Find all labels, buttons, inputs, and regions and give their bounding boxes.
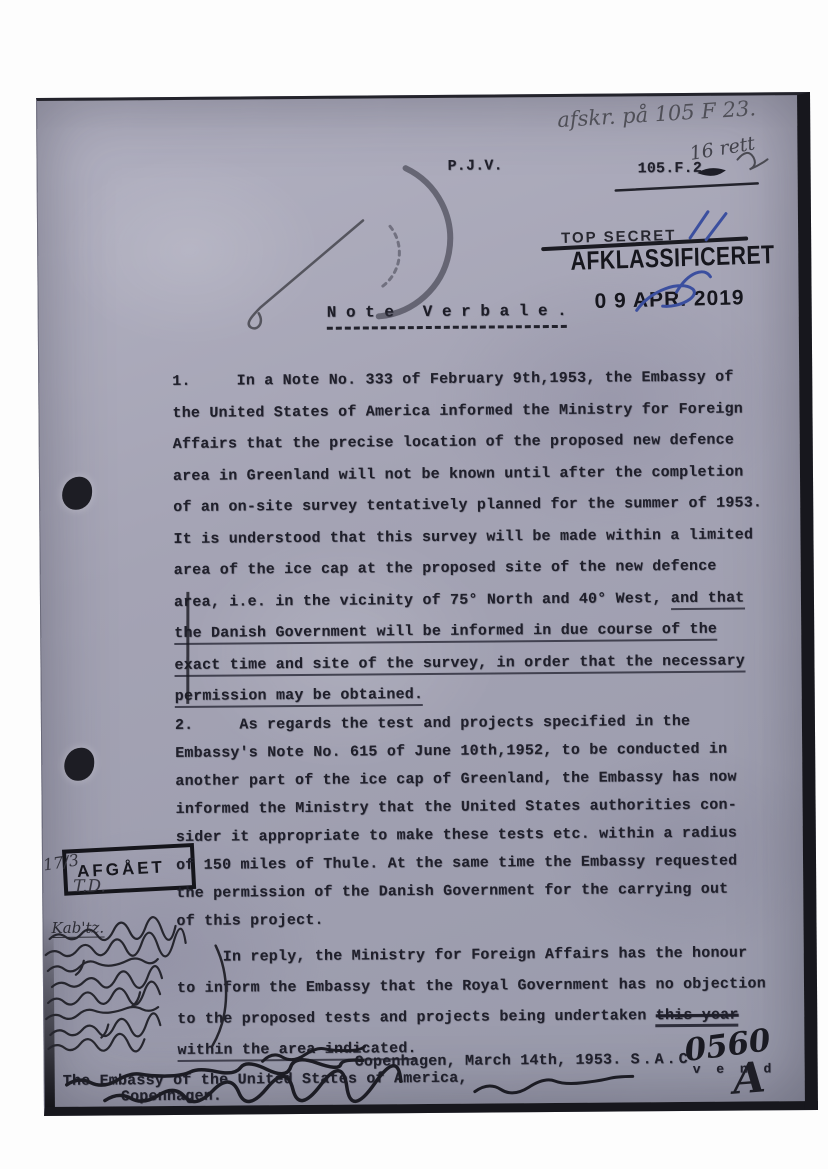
text-segment: area, i.e. in the vicinity of 75° North …: [174, 590, 671, 611]
declassified-date-stamp: 0 9 APR. 2019: [594, 286, 745, 314]
underlined-text: exact time and site of the survey, in or…: [174, 652, 745, 676]
text-line: the United States of America informed th…: [172, 393, 794, 429]
dispatched-dept-handwritten: T.D.: [73, 877, 106, 897]
declassified-stamp: AFKLASSIFICERET: [570, 239, 775, 277]
blue-pen-slash-icon: [690, 212, 726, 240]
page-edge-shadow: [43, 917, 54, 1107]
dateline: Copenhagen, March 14th, 1953.: [355, 1051, 622, 1070]
text-line: 1. In a Note No. 333 of February 9th,195…: [172, 361, 794, 397]
document-title: N o t e V e r b a l e .: [327, 302, 567, 330]
circular-stamp-inner-icon: [382, 226, 400, 286]
text-line: the Danish Government will be informed i…: [174, 613, 796, 649]
text-line: exact time and site of the survey, in or…: [174, 645, 796, 681]
text-line: area in Greenland will not be known unti…: [173, 456, 795, 492]
handwritten-correction-note: 16 rett: [688, 132, 757, 165]
paragraph-1: 1. In a Note No. 333 of February 9th,195…: [172, 361, 797, 712]
text-line: the permission of the Danish Government …: [176, 875, 798, 908]
hole-punch-icon: [62, 477, 92, 510]
underlined-text: and that: [671, 589, 745, 610]
text-line: area of the ice cap at the proposed site…: [174, 550, 796, 586]
struck-text: this year: [656, 1007, 739, 1028]
ink-blob-icon: [700, 169, 724, 175]
text-line: of an on-site survey tentatively planned…: [173, 487, 795, 523]
text-line: It is understood that this survey will b…: [173, 519, 795, 555]
scanned-document-page: P.J.V. 105.F.2 afskr. på 105 F 23. 16 re…: [36, 92, 818, 1116]
text-segment: to the proposed tests and projects being…: [177, 1007, 656, 1028]
paragraph-2: 2. As regards the test and projects spec…: [175, 707, 799, 936]
hole-punch-icon: [64, 748, 94, 781]
scan-canvas: P.J.V. 105.F.2 afskr. på 105 F 23. 16 re…: [0, 0, 828, 1169]
addressee-line: Copenhagen.: [121, 1088, 222, 1106]
underlined-text: the Danish Government will be informed i…: [174, 621, 717, 645]
text-line: Affairs that the precise location of the…: [173, 424, 795, 460]
file-number-underline-icon: [616, 183, 758, 190]
journal-letter-handwritten: A: [731, 1052, 767, 1103]
addressee-line: The Embassy of the United States of Amer…: [63, 1070, 468, 1090]
margin-emphasis-line: [186, 592, 189, 704]
drafter-initials: P.J.V.: [447, 157, 502, 174]
text-line: of this project.: [176, 903, 798, 936]
handwritten-archive-note: afskr. på 105 F 23.: [557, 96, 757, 132]
journal-code: S.A.C: [631, 1051, 691, 1068]
underlined-text: permission may be obtained.: [175, 686, 424, 708]
text-line: area, i.e. in the vicinity of 75° North …: [174, 582, 796, 618]
text-line: to inform the Embassy that the Royal Gov…: [177, 968, 799, 1004]
margin-kabtz-note: Kab'tz.: [51, 919, 104, 938]
circular-stamp-trace-icon: [378, 168, 451, 317]
turn-over-note: v e n d: [693, 1061, 776, 1077]
text-line: In reply, the Ministry for Foreign Affai…: [177, 937, 799, 973]
